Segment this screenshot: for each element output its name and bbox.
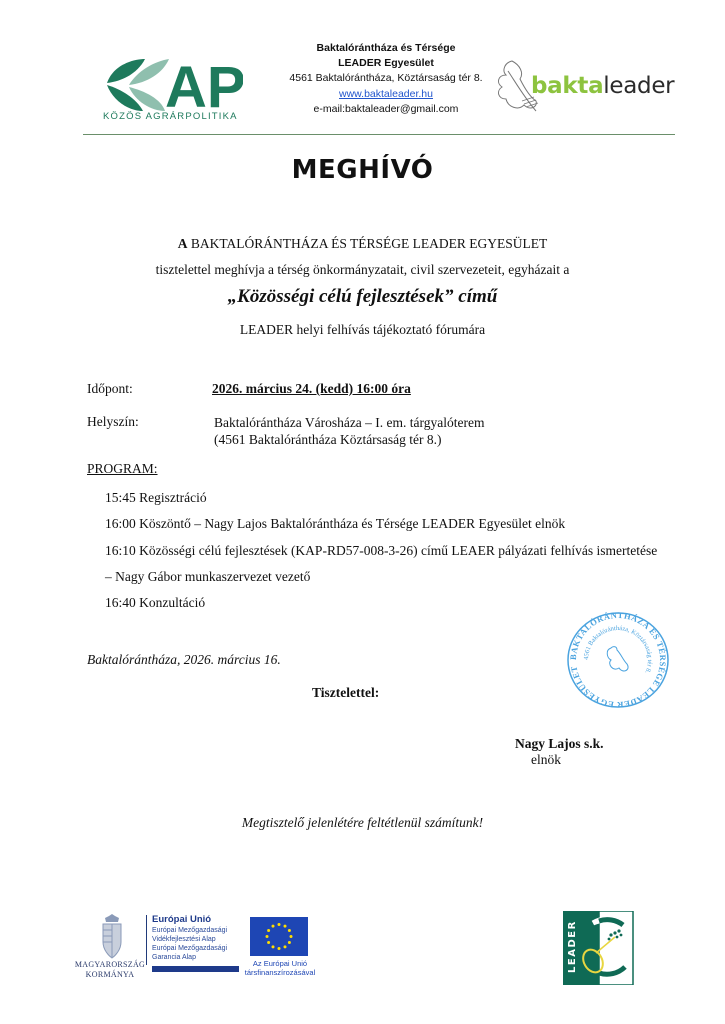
wordmark-bakta: bakta: [531, 73, 603, 99]
signer-role: elnök: [531, 752, 561, 768]
eu-divider: [146, 915, 147, 965]
hungary-coat-of-arms-icon: [97, 914, 127, 959]
place-date: Baktalórántháza, 2026. március 16.: [87, 652, 281, 668]
program-item: 16:00 Köszöntő – Nagy Lajos Baktalóránth…: [105, 516, 565, 532]
intro-line-4: LEADER helyi felhívás tájékoztató fórumá…: [0, 322, 725, 338]
program-item: 16:40 Konzultáció: [105, 595, 205, 611]
where-line-1: Baktalórántháza Városháza – I. em. tárgy…: [214, 414, 485, 431]
where-label: Helyszín:: [87, 414, 139, 430]
header-divider: [83, 134, 675, 135]
svg-text:4561 Baktalórántháza, Köztársa: 4561 Baktalórántháza, Köztársaság tér 8.: [583, 625, 653, 675]
when-value: 2026. március 24. (kedd) 16:00 óra: [212, 381, 411, 397]
org-name-line1: Baktalórántháza és Térsége: [270, 41, 502, 56]
eu-fund-heading: Európai Unió: [152, 914, 240, 926]
closing-line: Megtisztelő jelenlétére feltétlenül szám…: [0, 815, 725, 831]
org-name-line2: LEADER Egyesület: [270, 56, 502, 71]
wordmark-leader: leader: [603, 73, 674, 99]
eu-cofinance-line-1: Az Európai Unió: [240, 959, 320, 968]
org-contact-block: Baktalórántháza és Térsége LEADER Egyesü…: [270, 41, 502, 117]
where-value: Baktalórántháza Városháza – I. em. tárgy…: [214, 414, 485, 448]
eu-fund-bar: [152, 966, 239, 972]
where-line-2: (4561 Baktalórántháza Köztársaság tér 8.…: [214, 431, 485, 448]
baktaleader-wordmark: baktaleader: [531, 73, 674, 99]
kap-leaves-icon: [107, 59, 169, 111]
eu-fund-line: Garancia Alap: [152, 953, 240, 962]
program-heading: PROGRAM:: [87, 461, 158, 477]
eu-cofinance-text: Az Európai Unió társfinanszírozásával: [240, 959, 320, 977]
org-website-link[interactable]: www.baktaleader.hu: [339, 88, 433, 100]
org-email: e-mail:baktaleader@gmail.com: [270, 102, 502, 117]
when-label: Időpont:: [87, 381, 133, 397]
event-title: „Közösségi célú fejlesztések” című: [0, 286, 725, 308]
kap-subtitle: KÖZÖS AGRÁRPOLITIKA: [103, 111, 239, 122]
intro-line-1: A BAKTALÓRÁNTHÁZA ÉS TÉRSÉGE LEADER EGYE…: [0, 236, 725, 252]
gov-line-2: KORMÁNYA: [72, 970, 148, 980]
stamp-leaf-icon: [607, 647, 628, 671]
gov-label: MAGYARORSZÁG KORMÁNYA: [72, 960, 148, 980]
stamp-seal: BAKTALÓRÁNTHÁZA ÉS TÉRSÉGE LEADER EGYESÜ…: [563, 610, 673, 710]
eu-fund-line: Európai Mezőgazdasági: [152, 944, 240, 953]
page-title: MEGHÍVÓ: [0, 155, 725, 185]
intro-line-2: tisztelettel meghívja a térség önkormány…: [0, 262, 725, 278]
intro-org-name: BAKTALÓRÁNTHÁZA ÉS TÉRSÉGE LEADER EGYESÜ…: [187, 236, 547, 251]
eu-cofinance-line-2: társfinanszírozásával: [240, 968, 320, 977]
gov-line-1: MAGYARORSZÁG: [72, 960, 148, 970]
program-item: 15:45 Regisztráció: [105, 490, 207, 506]
eu-fund-line: Európai Mezőgazdasági: [152, 926, 240, 935]
eu-fund-block: Európai Unió Európai Mezőgazdasági Vidék…: [152, 914, 240, 962]
regards: Tisztelettel:: [312, 685, 379, 701]
leader-vertical-text: LEADER: [567, 920, 578, 973]
eu-flag-icon: [250, 917, 308, 956]
program-item: 16:10 Közösségi célú fejlesztések (KAP-R…: [105, 543, 657, 559]
eu-fund-line: Vidékfejlesztési Alap: [152, 935, 240, 944]
stamp-inner-text: 4561 Baktalórántháza, Köztársaság tér 8.: [583, 625, 653, 675]
leader-logo: LEADER: [563, 911, 637, 985]
signer-name: Nagy Lajos s.k.: [515, 736, 604, 752]
program-item: – Nagy Gábor munkaszervezet vezető: [105, 569, 310, 585]
org-address: 4561 Baktalórántháza, Köztársaság tér 8.: [270, 71, 502, 86]
